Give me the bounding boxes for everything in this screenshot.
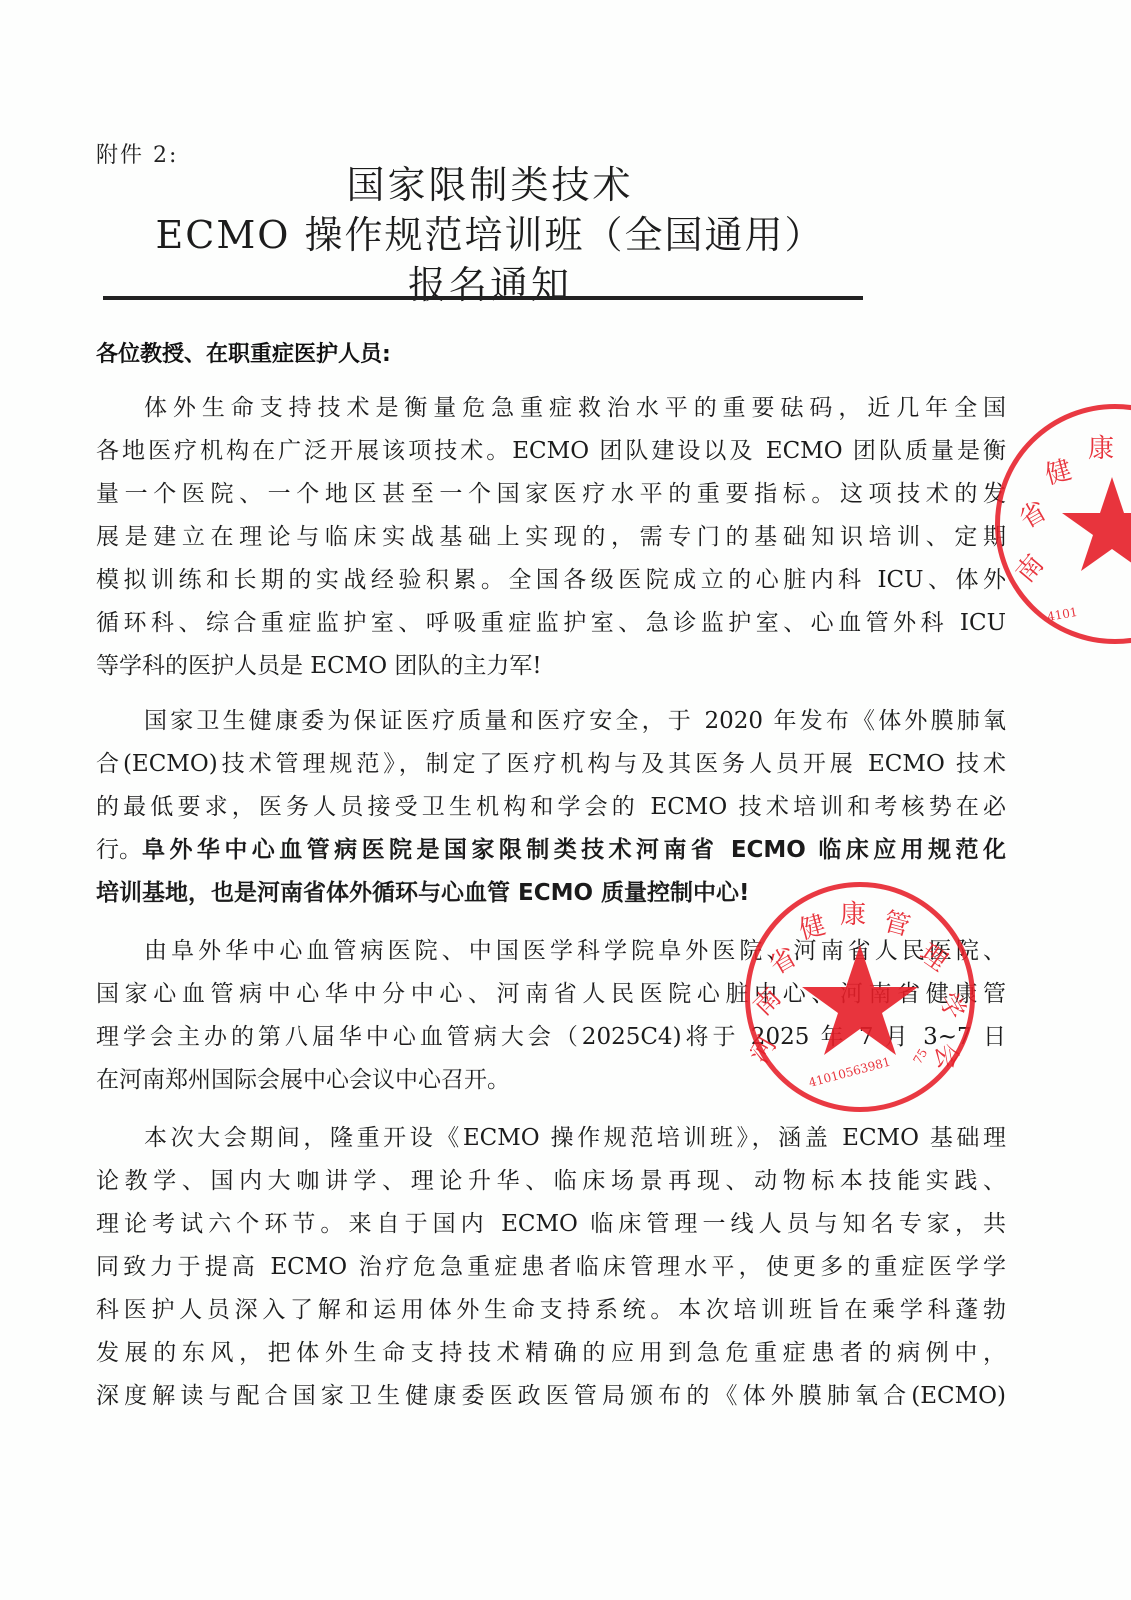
paragraph-4: 本次大会期间，隆重开设《ECMO 操作规范培训班》，涵盖 ECMO 基础理 论教… xyxy=(96,1117,1006,1418)
bold-statement: 阜外华中心血管病医院是国家限制类技术河南省 ECMO 临床应用规范化 xyxy=(142,829,1006,872)
paragraph-line: 循环科、综合重症监护室、呼吸重症监护室、急诊监护室、心血管外科 ICU xyxy=(96,602,1006,645)
svg-text:4101: 4101 xyxy=(1046,605,1079,624)
title-line-3: 报名通知 xyxy=(100,260,880,310)
paragraph-line: 模拟训练和长期的实战经验积累。全国各级医院成立的心脏内科 ICU、体外 xyxy=(96,559,1006,602)
paragraph-line: 发展的东风，把体外生命支持技术精确的应用到急危重症患者的病例中， xyxy=(96,1332,1006,1375)
paragraph-line: 深度解读与配合国家卫生健康委医政医管局颁布的《体外膜肺氧合(ECMO) xyxy=(96,1375,1006,1418)
seal-star-icon: 南 省 健 康 4101 xyxy=(1000,409,1131,639)
title-line-2: ECMO 操作规范培训班（全国通用） xyxy=(100,210,880,260)
paragraph-line: 国家卫生健康委为保证医疗质量和医疗安全，于 2020 年发布《体外膜肺氧 xyxy=(96,700,1006,743)
document-title: 国家限制类技术 ECMO 操作规范培训班（全国通用） 报名通知 xyxy=(100,160,880,310)
paragraph-line: 理学会主办的第八届华中心血管病大会（2025C4)将于 2025 年 7 月 3… xyxy=(96,1016,1006,1059)
svg-text:康: 康 xyxy=(1088,434,1114,464)
paragraph-3: 由阜外华中心血管病医院、中国医学科学院阜外医院、河南省人民医院、 国家心血管病中… xyxy=(96,930,1006,1102)
paragraph-line: 展是建立在理论与临床实战基础上实现的，需专门的基础知识培训、定期 xyxy=(96,516,1006,559)
greeting: 各位教授、在职重症医护人员: xyxy=(96,337,391,368)
bold-statement: 培训基地，也是河南省体外循环与心血管 ECMO 质量控制中心! xyxy=(96,872,1006,915)
document-page: 附件 2: 国家限制类技术 ECMO 操作规范培训班（全国通用） 报名通知 各位… xyxy=(0,0,1131,1600)
paragraph-line: 本次大会期间，隆重开设《ECMO 操作规范培训班》，涵盖 ECMO 基础理 xyxy=(96,1117,1006,1160)
paragraph-line: 同致力于提高 ECMO 治疗危急重症患者临床管理水平，使更多的重症医学学 xyxy=(96,1246,1006,1289)
paragraph-line: 体外生命支持技术是衡量危急重症救治水平的重要砝码，近几年全国 xyxy=(96,387,1006,430)
paragraph-2: 国家卫生健康委为保证医疗质量和医疗安全，于 2020 年发布《体外膜肺氧 合(E… xyxy=(96,700,1006,915)
paragraph-line: 由阜外华中心血管病医院、中国医学科学院阜外医院、河南省人民医院、 xyxy=(96,930,1006,973)
paragraph-line: 合(ECMO)技术管理规范》，制定了医疗机构与及其医务人员开展 ECMO 技术 xyxy=(96,743,1006,786)
title-divider xyxy=(103,296,863,300)
paragraph-line-mixed: 行。 阜外华中心血管病医院是国家限制类技术河南省 ECMO 临床应用规范化 xyxy=(96,829,1006,872)
paragraph-text: 行。 xyxy=(96,829,142,872)
paragraph-line: 等学科的医护人员是 ECMO 团队的主力军! xyxy=(96,645,1006,688)
svg-text:健: 健 xyxy=(1042,455,1075,491)
title-line-1: 国家限制类技术 xyxy=(100,160,880,210)
paragraph-line: 论教学、国内大咖讲学、理论升华、临床场景再现、动物标本技能实践、 xyxy=(96,1160,1006,1203)
paragraph-line: 在河南郑州国际会展中心会议中心召开。 xyxy=(96,1059,1006,1102)
paragraph-line: 科医护人员深入了解和运用体外生命支持系统。本次培训班旨在乘学科蓬勃 xyxy=(96,1289,1006,1332)
paragraph-line: 的最低要求，医务人员接受卫生机构和学会的 ECMO 技术培训和考核势在必 xyxy=(96,786,1006,829)
svg-text:省: 省 xyxy=(1015,496,1053,535)
svg-text:南: 南 xyxy=(1010,549,1050,588)
paragraph-line: 理论考试六个环节。来自于国内 ECMO 临床管理一线人员与知名专家，共 xyxy=(96,1203,1006,1246)
paragraph-line: 各地医疗机构在广泛开展该项技术。ECMO 团队建设以及 ECMO 团队质量是衡 xyxy=(96,430,1006,473)
paragraph-line: 量一个医院、一个地区甚至一个国家医疗水平的重要指标。这项技术的发 xyxy=(96,473,1006,516)
paragraph-1: 体外生命支持技术是衡量危急重症救治水平的重要砝码，近几年全国 各地医疗机构在广泛… xyxy=(96,387,1006,688)
official-seal-stamp: 南 省 健 康 4101 xyxy=(995,404,1131,644)
paragraph-line: 国家心血管病中心华中分中心、河南省人民医院心脏中心、河南省健康管 xyxy=(96,973,1006,1016)
